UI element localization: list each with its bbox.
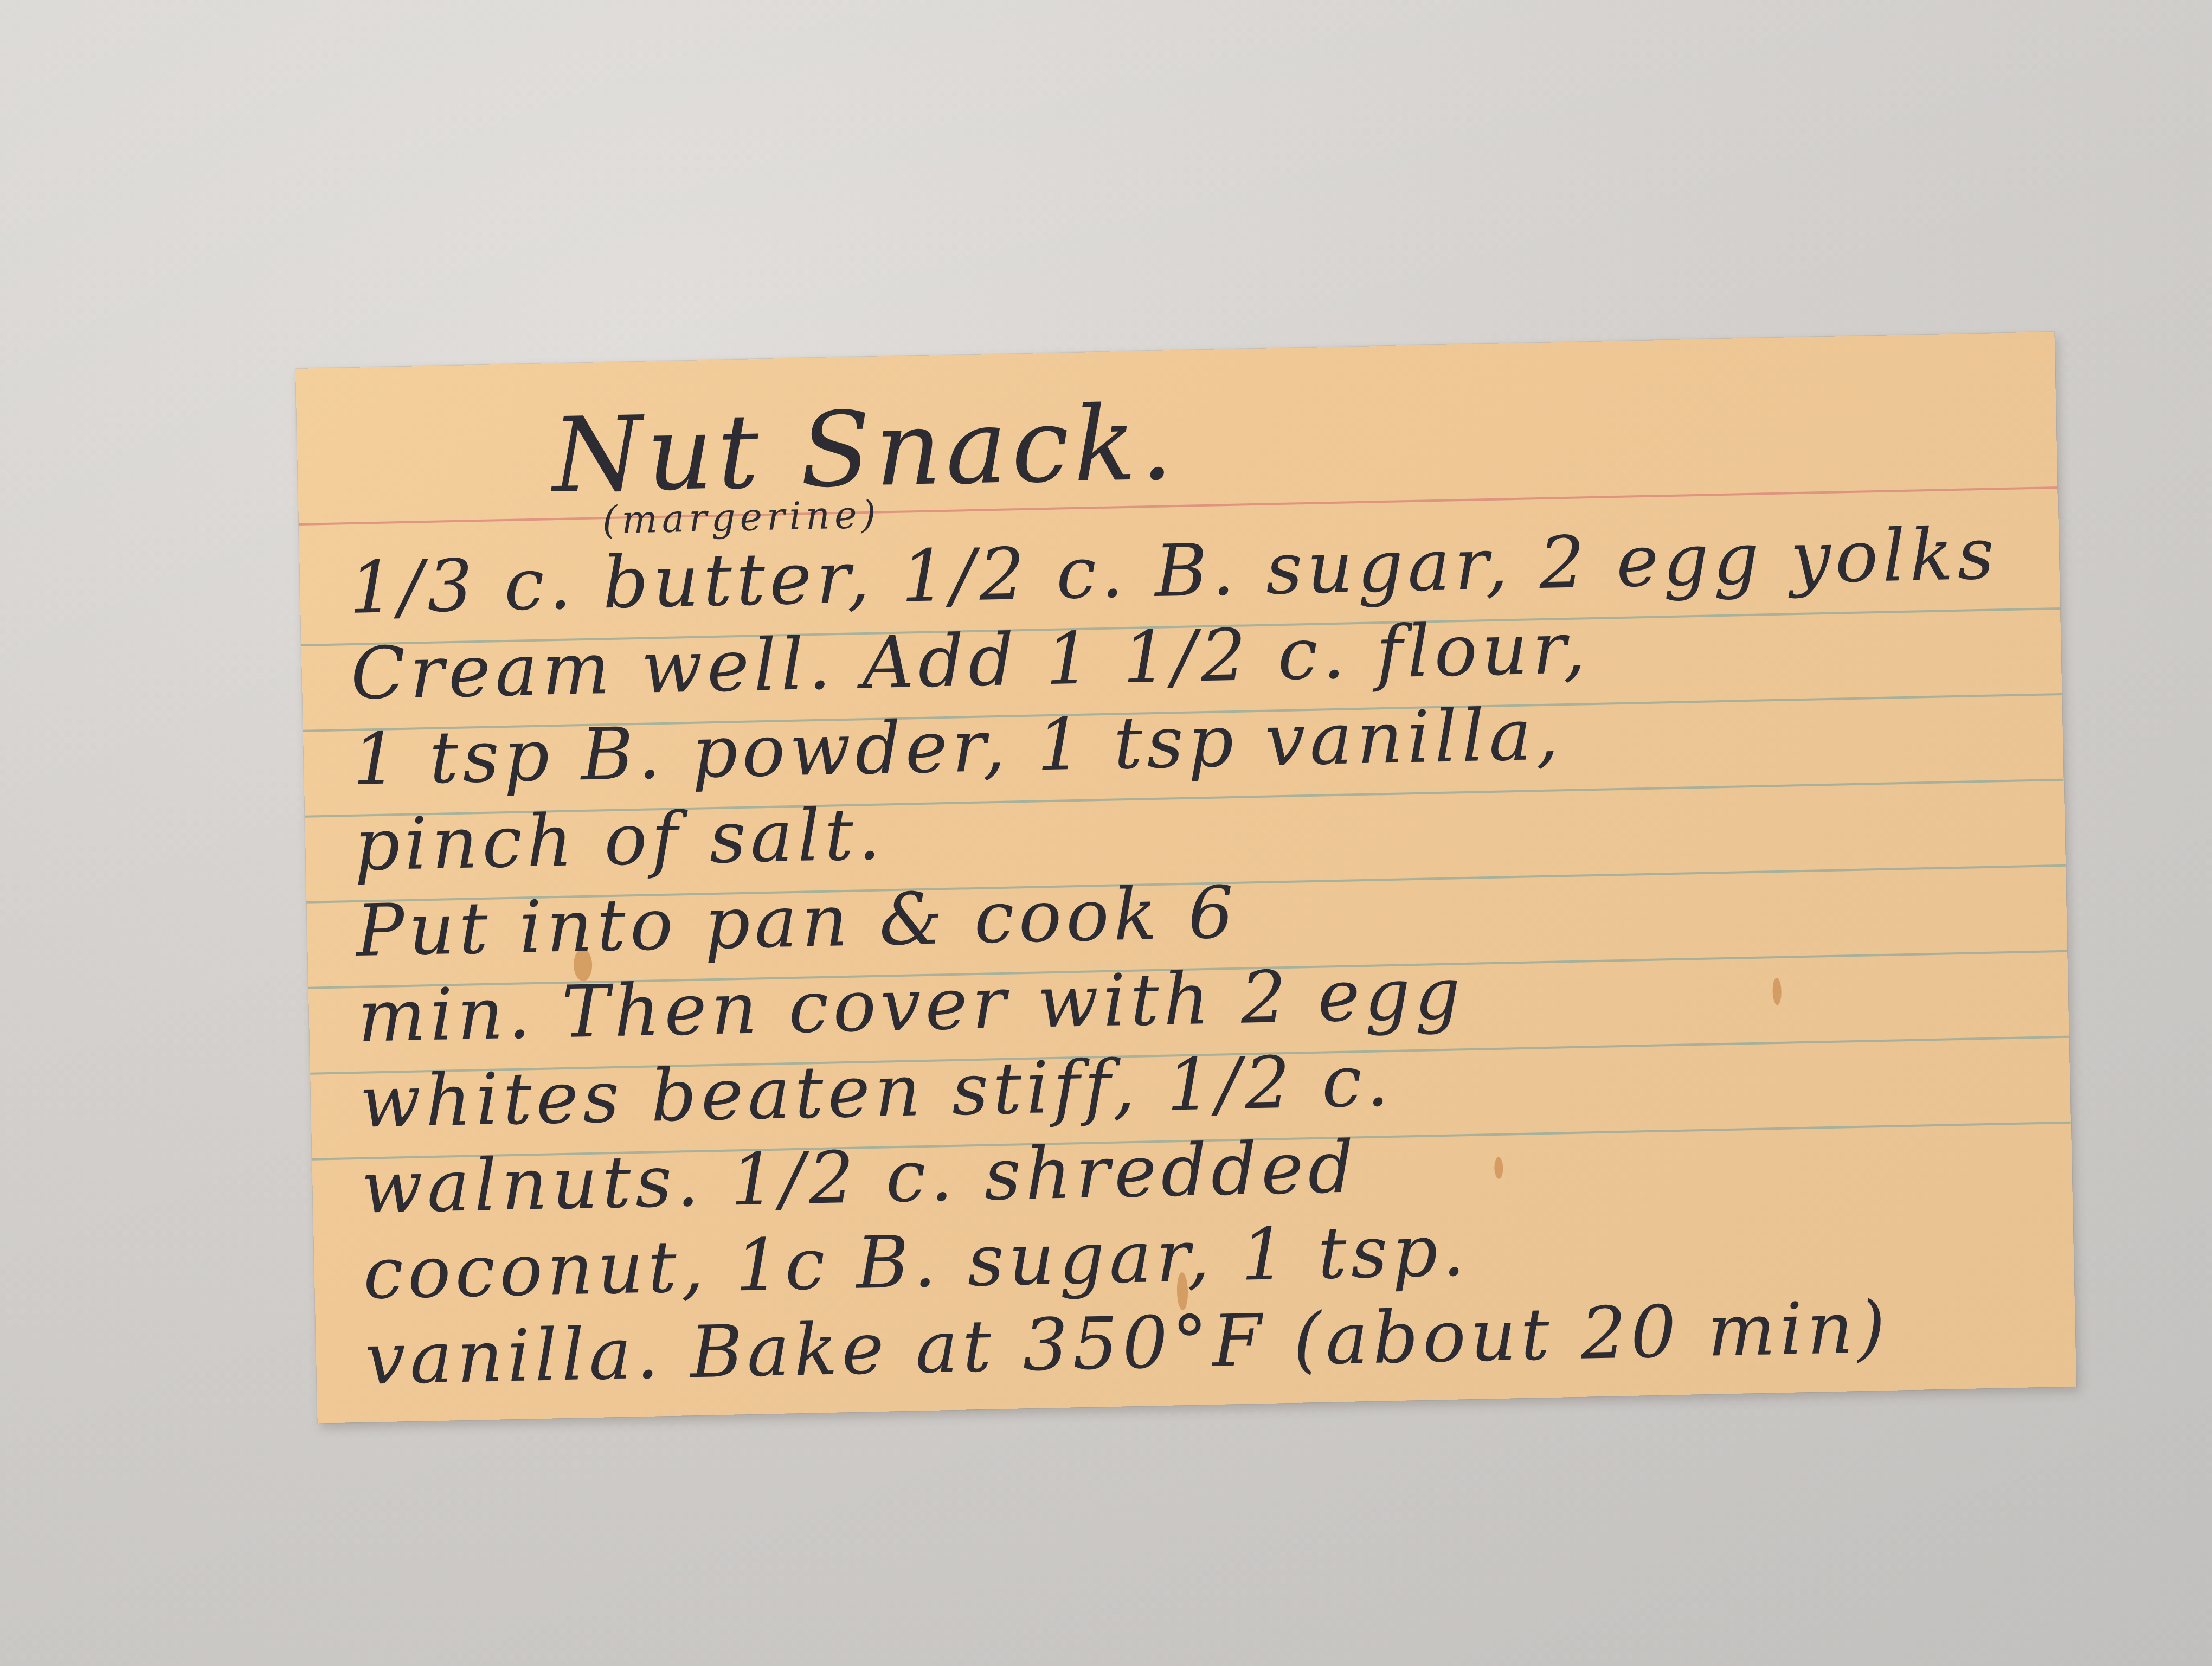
recipe-card-overflow: walnuts. 1/2 c. shredded: [295, 332, 2076, 1424]
